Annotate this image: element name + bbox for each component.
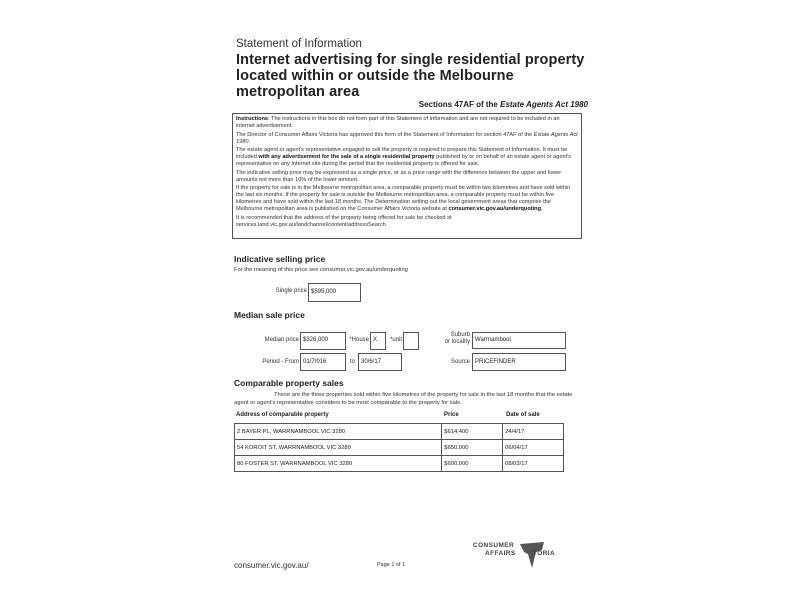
row-price: $600,000 <box>442 456 503 472</box>
instructions-p1-text: : The instructions in this box do not fo… <box>236 116 560 129</box>
document-supertitle: Statement of Information <box>236 38 362 50</box>
house-label: *House <box>347 337 369 343</box>
instructions-p2-text: The Director of Consumer Affairs Victori… <box>236 132 534 138</box>
single-price-label: Single price <box>250 288 307 294</box>
instructions-p5: If the property for sale is in the Melbo… <box>236 185 578 213</box>
consumer-affairs-victoria-logo: CONSUMER AFFAIRS TORIA <box>473 540 568 570</box>
unit-label: *unit <box>386 337 402 343</box>
row-date: 24/4/17 <box>503 424 564 440</box>
source-field[interactable]: PRICEFINDER <box>472 353 566 371</box>
indicative-note: For the meaning of this price see consum… <box>234 267 408 273</box>
row-address: 54 KOROIT ST, WARRNAMBOOL VIC 3280 <box>235 440 442 456</box>
row-price: $614,400 <box>442 424 503 440</box>
sections-reference: Sections 47AF of the Estate Agents Act 1… <box>419 100 588 109</box>
instructions-p6: It is recommended that the address of th… <box>236 215 578 229</box>
indicative-heading: Indicative selling price <box>234 254 325 264</box>
period-from-label: Period - From <box>250 359 299 365</box>
column-header-price: Price <box>444 412 459 418</box>
row-date: 06/04/17 <box>503 440 564 456</box>
median-heading: Median sale price <box>234 310 305 320</box>
underquoting-link[interactable]: consumer.vic.gov.au/underquoting <box>448 206 541 212</box>
table-row: 2 BAYER PL, WARRNAMBOOL VIC 3280 $614,40… <box>235 424 564 440</box>
sections-prefix: Sections 47AF of the <box>419 100 500 109</box>
logo-text-victoria: TORIA <box>533 550 555 557</box>
footer-url[interactable]: consumer.vic.gov.au/ <box>234 561 309 570</box>
row-address: 80 FOSTER ST, WARRNAMBOOL VIC 3280 <box>235 456 442 472</box>
column-header-address: Address of comparable property <box>236 412 329 418</box>
single-price-field[interactable]: $595,000 <box>308 283 361 302</box>
suburb-label-line1: Suburb <box>451 332 470 338</box>
logo-text-consumer: CONSUMER <box>473 542 514 549</box>
period-to-label: to <box>347 359 355 365</box>
row-price: $650,000 <box>442 440 503 456</box>
median-price-label: Median price <box>250 337 299 343</box>
instructions-p2: The Director of Consumer Affairs Victori… <box>236 132 578 146</box>
table-row: 54 KOROIT ST, WARRNAMBOOL VIC 3280 $650,… <box>235 440 564 456</box>
column-header-date: Date of sale <box>506 412 540 418</box>
suburb-label: Suburbor locality <box>440 332 470 346</box>
instructions-box: Instructions: The instructions in this b… <box>232 113 582 239</box>
comparable-note: These are the three properties sold with… <box>234 391 574 407</box>
instructions-p3-bold: with any advertisement for the sale of a… <box>258 154 434 160</box>
sections-act: Estate Agents Act 1980 <box>500 100 588 109</box>
instructions-label: Instructions <box>236 116 268 122</box>
instructions-p3: The estate agent or agent's representati… <box>236 147 578 168</box>
instructions-p4: The indicative selling price may be expr… <box>236 170 578 184</box>
house-checkbox[interactable]: X <box>370 332 386 350</box>
comparable-sales-table: 2 BAYER PL, WARRNAMBOOL VIC 3280 $614,40… <box>234 423 564 472</box>
suburb-field[interactable]: Warrnambool <box>472 332 566 349</box>
unit-checkbox[interactable] <box>403 332 419 350</box>
table-row: 80 FOSTER ST, WARRNAMBOOL VIC 3280 $600,… <box>235 456 564 472</box>
document-title: Internet advertising for single resident… <box>236 52 596 100</box>
source-label: Source <box>440 359 470 365</box>
logo-text-affairs: AFFAIRS <box>485 550 516 557</box>
comparable-heading: Comparable property sales <box>234 378 344 388</box>
suburb-label-line2: or locality <box>445 339 470 345</box>
row-date: 08/03/17 <box>503 456 564 472</box>
page-number: Page 1 of 1 <box>377 562 405 568</box>
median-price-field[interactable]: $326,000 <box>300 332 346 350</box>
period-to-field[interactable]: 30/6/17 <box>358 353 402 371</box>
row-address: 2 BAYER PL, WARRNAMBOOL VIC 3280 <box>235 424 442 440</box>
instructions-p1: Instructions: The instructions in this b… <box>236 116 578 130</box>
period-from-field[interactable]: 01/7/016 <box>300 353 346 371</box>
